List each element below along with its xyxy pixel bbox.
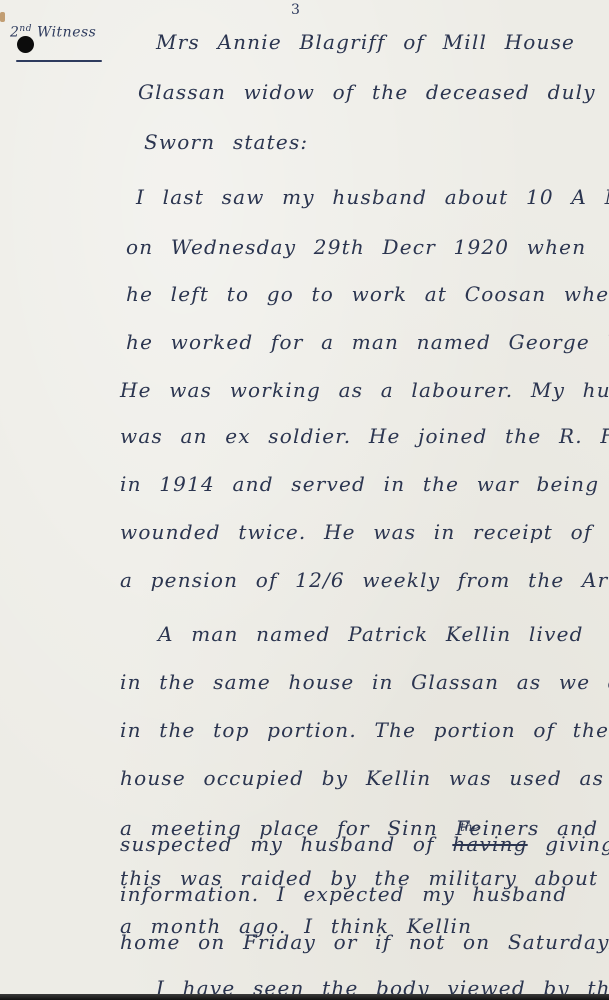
margin-note-ordinal-suffix: nd (19, 24, 32, 34)
struck-word: having (452, 832, 527, 856)
statement-line: on Wednesday 29th Decr 1920 when (126, 235, 586, 259)
margin-note-label: Witness (37, 25, 96, 41)
statement-line: information. I expected my husband (120, 882, 567, 906)
statement-line: in the same house in Glassan as we did, (120, 670, 609, 694)
paper-stain (0, 12, 5, 22)
statement-line: house occupied by Kellin was used as (120, 766, 604, 790)
punch-hole (17, 36, 34, 53)
following-word: giving (545, 832, 609, 856)
statement-line: in 1914 and served in the war being (120, 472, 599, 496)
statement-line-text: suspected my husband of (120, 832, 435, 856)
page-number: 3 (291, 2, 300, 18)
statement-line: Mrs Annie Blagriff of Mill House (156, 30, 575, 54)
statement-line: he left to go to work at Coosan where (126, 282, 609, 306)
scan-edge-shadow (0, 994, 609, 1000)
inserted-word: the (460, 820, 480, 834)
statement-line-with-correction: suspected my husband of having giving (120, 832, 609, 856)
statement-line: home on Friday or if not on Saturday. (120, 930, 609, 954)
margin-underline (16, 60, 102, 62)
document-page: 3 2nd Witness Mrs Annie Blagriff of Mill… (0, 0, 609, 994)
statement-line: he worked for a man named George Whelan. (126, 330, 609, 354)
statement-line: Sworn states: (144, 130, 308, 154)
statement-line: A man named Patrick Kellin lived (158, 622, 584, 646)
statement-line: He was working as a labourer. My husband (120, 378, 609, 402)
statement-line: wounded twice. He was in receipt of (120, 520, 592, 544)
statement-line: was an ex soldier. He joined the R. F. A… (120, 424, 609, 448)
statement-line: in the top portion. The portion of the (120, 718, 609, 742)
statement-line: I last saw my husband about 10 A M (136, 185, 609, 209)
statement-line: a pension of 12/6 weekly from the Army. (120, 568, 609, 592)
statement-line: Glassan widow of the deceased duly (138, 80, 596, 104)
